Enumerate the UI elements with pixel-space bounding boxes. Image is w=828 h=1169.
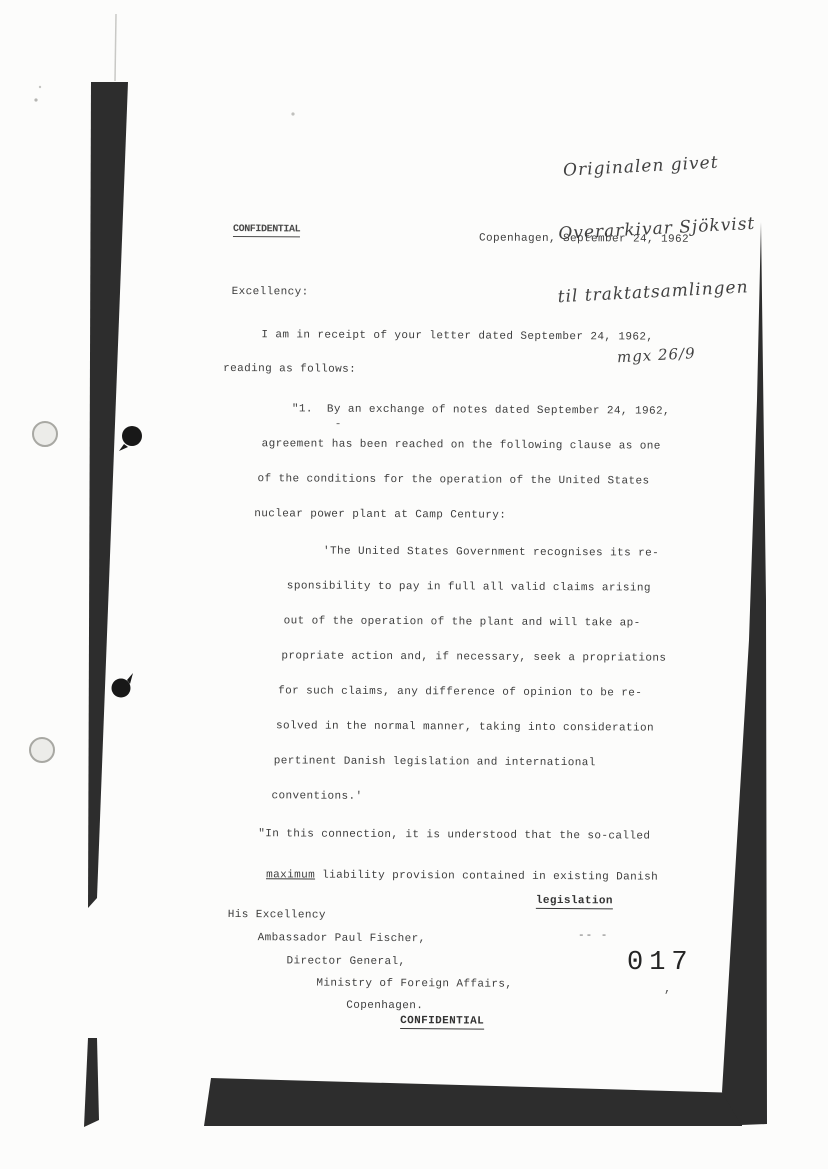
inner-quote-line: sponsibility to pay in full all valid cl…	[287, 580, 651, 594]
quoted-paragraph-line: of the conditions for the operation of t…	[257, 473, 649, 487]
inner-quote-line: pertinent Danish legislation and interna…	[274, 755, 596, 769]
quoted-paragraph-line: "1. By an exchange of notes dated Septem…	[292, 403, 670, 417]
address-line: Director General,	[286, 955, 405, 968]
pencil-dashes: -- -	[578, 930, 608, 942]
quoted-paragraph-line: nuclear power plant at Camp Century:	[254, 508, 506, 522]
catchword: legislation	[536, 895, 613, 909]
classification-footer: CONFIDENTIAL	[400, 1015, 484, 1030]
address-line: Ministry of Foreign Affairs,	[316, 978, 512, 991]
paragraph-line: maximum liability provision contained in…	[224, 857, 658, 896]
inner-quote-line: conventions.'	[272, 790, 363, 803]
paragraph-line: reading as follows:	[223, 363, 356, 376]
classification-header: CONFIDENTIAL	[233, 224, 300, 237]
inner-quote-line: out of the operation of the plant and wi…	[284, 615, 641, 629]
underlined-word: maximum	[266, 869, 315, 881]
typed-correction-mark: -	[335, 419, 342, 431]
salutation: Excellency:	[232, 286, 309, 298]
stamp-stray-mark: ,	[664, 982, 671, 996]
quoted-paragraph-line: agreement has been reached on the follow…	[262, 438, 661, 452]
dateline: Copenhagen, September 24, 1962	[479, 233, 689, 246]
inner-quote-line: propriate action and, if necessary, seek…	[281, 650, 666, 664]
address-line: Ambassador Paul Fischer,	[258, 932, 426, 945]
inner-quote-line: solved in the normal manner, taking into…	[276, 720, 654, 734]
paragraph-line-rest: liability provision contained in existin…	[315, 870, 658, 884]
typed-letter-text: CONFIDENTIAL Copenhagen, September 24, 1…	[0, 0, 828, 1169]
paragraph-line: "In this connection, it is understood th…	[258, 828, 650, 842]
inner-quote-line: for such claims, any difference of opini…	[278, 685, 642, 699]
page-number-stamp: 017	[627, 948, 694, 978]
address-line: His Excellency	[228, 909, 326, 922]
inner-quote-line: 'The United States Government recognises…	[323, 546, 659, 560]
paragraph-line: I am in receipt of your letter dated Sep…	[261, 329, 653, 343]
scanned-letter-page: Originalen givet Overarkivar Sjökvist ti…	[0, 0, 828, 1169]
address-line: Copenhagen.	[346, 1000, 423, 1012]
